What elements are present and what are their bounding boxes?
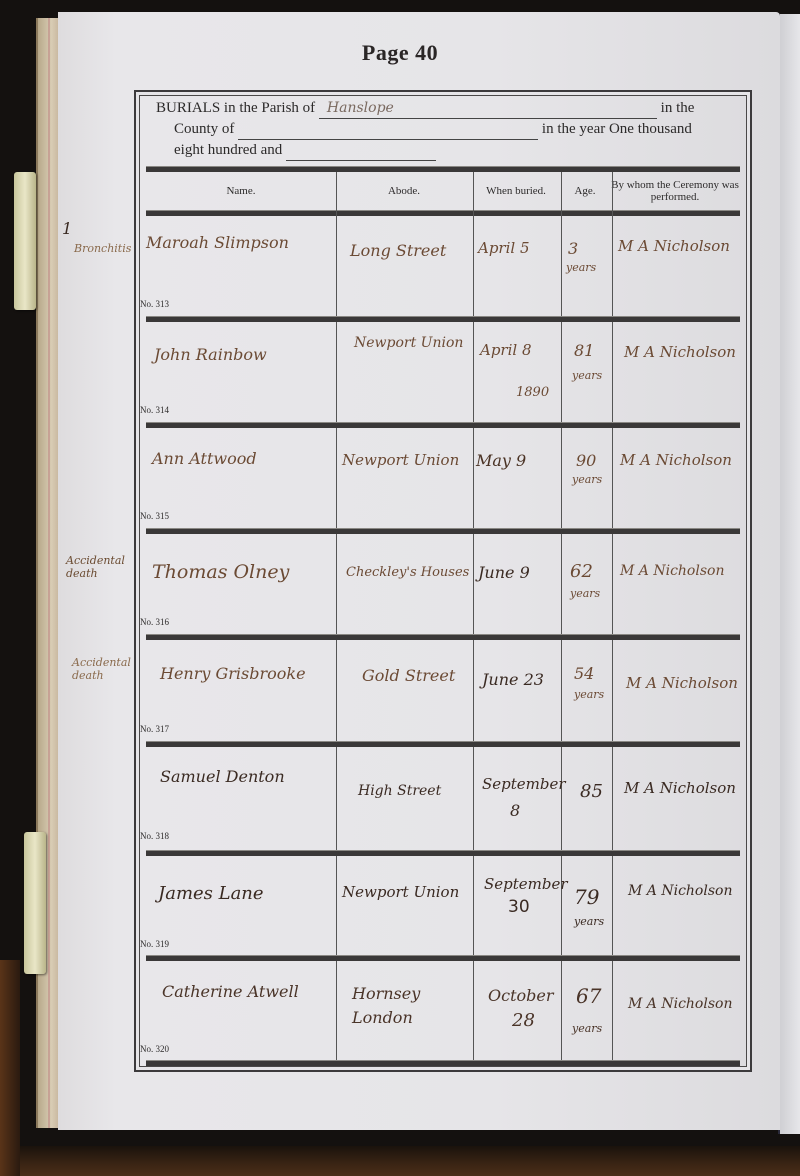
entry-abode: Long Street — [350, 241, 446, 260]
desk-surface — [0, 1146, 800, 1176]
entry-age: 54 — [574, 664, 594, 683]
entry-officiant: M A Nicholson — [628, 883, 732, 899]
entry-when-buried: September — [484, 875, 568, 893]
parish-field: Hanslope — [319, 102, 657, 119]
entry-number: No. 315 — [140, 511, 169, 521]
entry-age-unit: years — [574, 915, 604, 928]
repair-tape-bottom — [24, 832, 46, 974]
entry-age-unit: years — [566, 261, 596, 274]
entry-number: No. 313 — [140, 299, 169, 309]
entry-age-unit: years — [570, 587, 600, 600]
entry-name: John Rainbow — [154, 345, 267, 364]
entry-name: Ann Attwood — [152, 449, 257, 468]
burial-entry: No. 320 Catherine Atwell Hornsey London … — [140, 960, 740, 1060]
register-heading: BURIALS in the Parish of Hanslope in the… — [156, 98, 736, 161]
entry-name: Samuel Denton — [160, 767, 285, 786]
margin-note-cause: Accidental death — [72, 656, 138, 682]
entry-when-buried: September — [482, 775, 566, 793]
burial-entry: No. 316 Thomas Olney Checkley's Houses J… — [140, 533, 740, 633]
entry-name: Maroah Slimpson — [146, 233, 289, 252]
entry-number: No. 318 — [140, 831, 169, 841]
heading-line1-prefix: BURIALS in the Parish of — [156, 100, 315, 116]
facing-page-edge — [778, 14, 800, 1134]
entry-officiant: M A Nicholson — [624, 343, 736, 361]
entry-when-buried: June 9 — [478, 563, 530, 582]
entry-abode: Newport Union — [354, 335, 463, 351]
col-header-officiant: By whom the Ceremony was performed. — [610, 172, 740, 210]
repair-tape-top — [14, 172, 36, 310]
entry-number: No. 317 — [140, 724, 169, 734]
col-header-age: Age. — [560, 172, 610, 210]
entry-officiant: M A Nicholson — [626, 674, 738, 692]
entry-name: Thomas Olney — [152, 561, 289, 583]
entry-name: Catherine Atwell — [162, 982, 299, 1001]
entry-when-buried: October — [488, 986, 554, 1005]
entry-age-unit: years — [572, 369, 602, 382]
entry-officiant: M A Nicholson — [620, 451, 732, 469]
parish-handwritten: Hanslope — [327, 98, 394, 119]
entry-age: 81 — [574, 341, 594, 360]
year-field — [286, 144, 436, 161]
entry-officiant: M A Nicholson — [624, 779, 736, 797]
col-header-name: Name. — [146, 172, 336, 210]
entry-officiant: M A Nicholson — [620, 563, 724, 579]
row-rule-final — [146, 1060, 740, 1066]
burial-entry: No. 315 Ann Attwood Newport Union May 9 … — [140, 427, 740, 527]
entry-age-unit: years — [572, 1022, 602, 1035]
entry-abode: Hornsey London — [352, 982, 462, 1030]
entry-officiant: M A Nicholson — [618, 237, 730, 255]
entry-age: 62 — [570, 561, 593, 582]
entry-abode: Checkley's Houses — [346, 565, 469, 580]
entry-abode: Newport Union — [342, 883, 459, 901]
heading-line3-prefix: eight hundred and — [174, 142, 282, 158]
entry-when-buried: April 5 — [478, 239, 530, 257]
entry-when-year: 1890 — [516, 385, 549, 400]
entry-age-unit: years — [574, 688, 604, 701]
col-header-when-buried: When buried. — [472, 172, 560, 210]
entry-name: Henry Grisbrooke — [160, 664, 306, 683]
entry-number: No. 320 — [140, 1044, 169, 1054]
entry-name: James Lane — [158, 883, 264, 904]
margin-note-cause: Bronchitis — [74, 242, 131, 255]
entry-number: No. 316 — [140, 617, 169, 627]
heading-line2-suffix: in the year One thousand — [542, 121, 692, 137]
county-field — [238, 123, 538, 140]
entry-age: 85 — [580, 781, 603, 802]
entry-when-day: 30 — [508, 897, 530, 917]
entry-number: No. 314 — [140, 405, 169, 415]
entry-age: 3 — [568, 239, 578, 258]
margin-note-cause: Accidental death — [66, 554, 136, 580]
burial-entry: No. 319 James Lane Newport Union Septemb… — [140, 855, 740, 955]
burial-entry: No. 317 Henry Grisbrooke Gold Street Jun… — [140, 640, 740, 740]
entry-age: 79 — [574, 885, 599, 909]
heading-line1-suffix: in the — [661, 100, 695, 116]
page-title: Page 40 — [0, 40, 800, 66]
burial-entry: No. 318 Samuel Denton High Street Septem… — [140, 747, 740, 847]
burial-entry: No. 314 John Rainbow Newport Union April… — [140, 321, 740, 421]
entry-abode: Gold Street — [362, 666, 455, 685]
page-red-rule — [48, 18, 50, 1128]
margin-mark: 1 — [62, 222, 72, 235]
entry-age-unit: years — [572, 473, 602, 486]
entry-when-buried: May 9 — [476, 451, 526, 470]
entry-abode: Newport Union — [342, 451, 459, 469]
col-header-abode: Abode. — [336, 172, 472, 210]
entry-when-buried: April 8 — [480, 341, 532, 359]
heading-line2-prefix: County of — [174, 121, 234, 137]
entry-age: 90 — [576, 451, 596, 470]
entry-number: No. 319 — [140, 939, 169, 949]
entry-abode: High Street — [358, 783, 441, 799]
entry-age: 67 — [576, 984, 601, 1008]
entry-when-buried: June 23 — [482, 670, 544, 689]
entry-when-day: 28 — [512, 1010, 535, 1031]
burial-entry: No. 313 Maroah Slimpson Long Street Apri… — [140, 215, 740, 315]
entry-officiant: M A Nicholson — [628, 996, 732, 1012]
desk-edge — [0, 960, 20, 1176]
entry-when-day: 8 — [510, 801, 520, 820]
